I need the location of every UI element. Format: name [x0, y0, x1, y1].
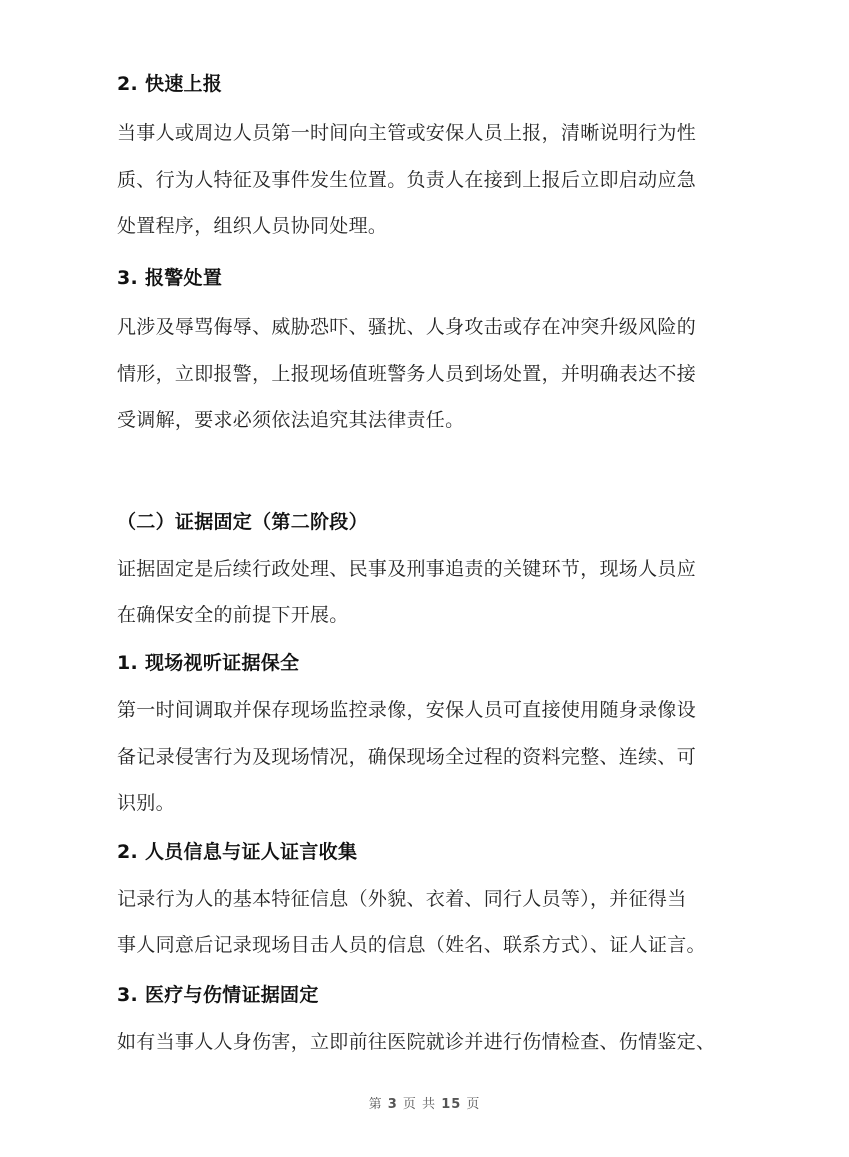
section-heading-quick-report: 2. 快速上报: [117, 72, 222, 96]
footer-suffix: 页: [466, 1097, 480, 1112]
section-heading-medical-evidence: 3. 医疗与伤情证据固定: [117, 983, 319, 1007]
paragraph-line: 如有当事人人身伤害，立即前往医院就诊并进行伤情检查、伤情鉴定、: [117, 1030, 715, 1054]
footer-prefix: 第: [369, 1097, 383, 1112]
paragraph-line: 处置程序，组织人员协同处理。: [117, 214, 387, 238]
footer-middle: 页 共: [403, 1097, 436, 1112]
document-page: 2. 快速上报 当事人或周边人员第一时间向主管或安保人员上报，清晰说明行为性 质…: [0, 0, 849, 1157]
paragraph-line: 事人同意后记录现场目击人员的信息（姓名、联系方式）、证人证言。: [117, 933, 706, 957]
paragraph-line: 凡涉及辱骂侮辱、威胁恐吓、骚扰、人身攻击或存在冲突升级风险的: [117, 315, 696, 339]
paragraph-line: 识别。: [117, 791, 175, 815]
paragraph-line: 第一时间调取并保存现场监控录像，安保人员可直接使用随身录像设: [117, 698, 696, 722]
paragraph-line: 当事人或周边人员第一时间向主管或安保人员上报，清晰说明行为性: [117, 121, 696, 145]
page-footer: 第 3 页 共 15 页: [0, 1093, 849, 1112]
paragraph-line: 证据固定是后续行政处理、民事及刑事追责的关键环节，现场人员应: [117, 557, 696, 581]
section-heading-police-report: 3. 报警处置: [117, 266, 222, 290]
section-heading-evidence-fixing: （二）证据固定（第二阶段）: [117, 510, 368, 534]
paragraph-line: 在确保安全的前提下开展。: [117, 603, 349, 627]
paragraph-line: 情形，立即报警，上报现场值班警务人员到场处置，并明确表达不接: [117, 362, 696, 386]
paragraph-line: 备记录侵害行为及现场情况，确保现场全过程的资料完整、连续、可: [117, 745, 696, 769]
total-pages-number: 15: [441, 1097, 461, 1112]
section-heading-witness-info: 2. 人员信息与证人证言收集: [117, 840, 357, 864]
paragraph-line: 质、行为人特征及事件发生位置。负责人在接到上报后立即启动应急: [117, 168, 696, 192]
paragraph-line: 记录行为人的基本特征信息（外貌、衣着、同行人员等），并征得当: [117, 887, 687, 911]
paragraph-line: 受调解，要求必须依法追究其法律责任。: [117, 408, 464, 432]
section-heading-av-evidence: 1. 现场视听证据保全: [117, 651, 299, 675]
current-page-number: 3: [388, 1097, 398, 1112]
